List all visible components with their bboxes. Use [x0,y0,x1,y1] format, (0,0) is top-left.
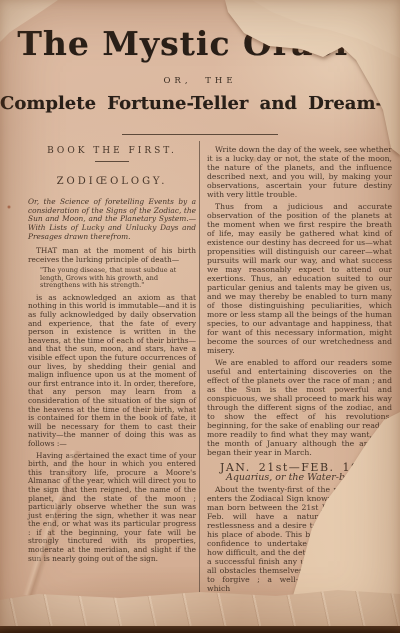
right-column: Write down the day of the week, see whet… [207,145,392,596]
title-connector: OR, THE [0,76,400,86]
left-column: BOOK THE FIRST. ZODIŒOLOGY. Or, the Scie… [28,145,196,566]
right-paragraph-2: Thus from a judicious and accurate obser… [207,202,392,355]
book-page-photo: The Mystic Oracle, OR, THE Complete Fort… [0,0,400,633]
heading-divider-rule [95,161,129,162]
column-divider-rule [199,141,200,598]
verse-quote: "The young disease, that must subdue at … [40,267,190,290]
photo-background-strip [0,626,400,633]
left-paragraph-2: is as acknowledged an axiom as that noth… [28,294,196,449]
book-subtitle: Complete Fortune-Teller and Dream-Book. [0,93,400,114]
section-heading: ZODIŒOLOGY. [28,178,196,187]
book-title: The Mystic Oracle, [0,24,400,63]
section-intro: Or, the Science of foretelling Events by… [28,198,196,241]
right-paragraph-3: We are enabled to afford our readers som… [207,358,392,457]
right-paragraph-4: About the twenty-first of the month the … [207,485,392,593]
title-divider-rule [122,134,278,135]
page-paper: The Mystic Oracle, OR, THE Complete Fort… [0,0,400,633]
left-paragraph-3: Having ascertained the exact time of you… [28,452,196,564]
zodiac-sign-heading: Aquarius, or the Water-bearer. [207,473,392,482]
right-paragraph-1: Write down the day of the week, see whet… [207,145,392,199]
book-heading: BOOK THE FIRST. [28,147,196,156]
left-paragraph-1: THAT man at the moment of his birth rece… [28,247,196,264]
date-range-heading: JAN. 21st—FEB. 19th. [207,463,392,472]
